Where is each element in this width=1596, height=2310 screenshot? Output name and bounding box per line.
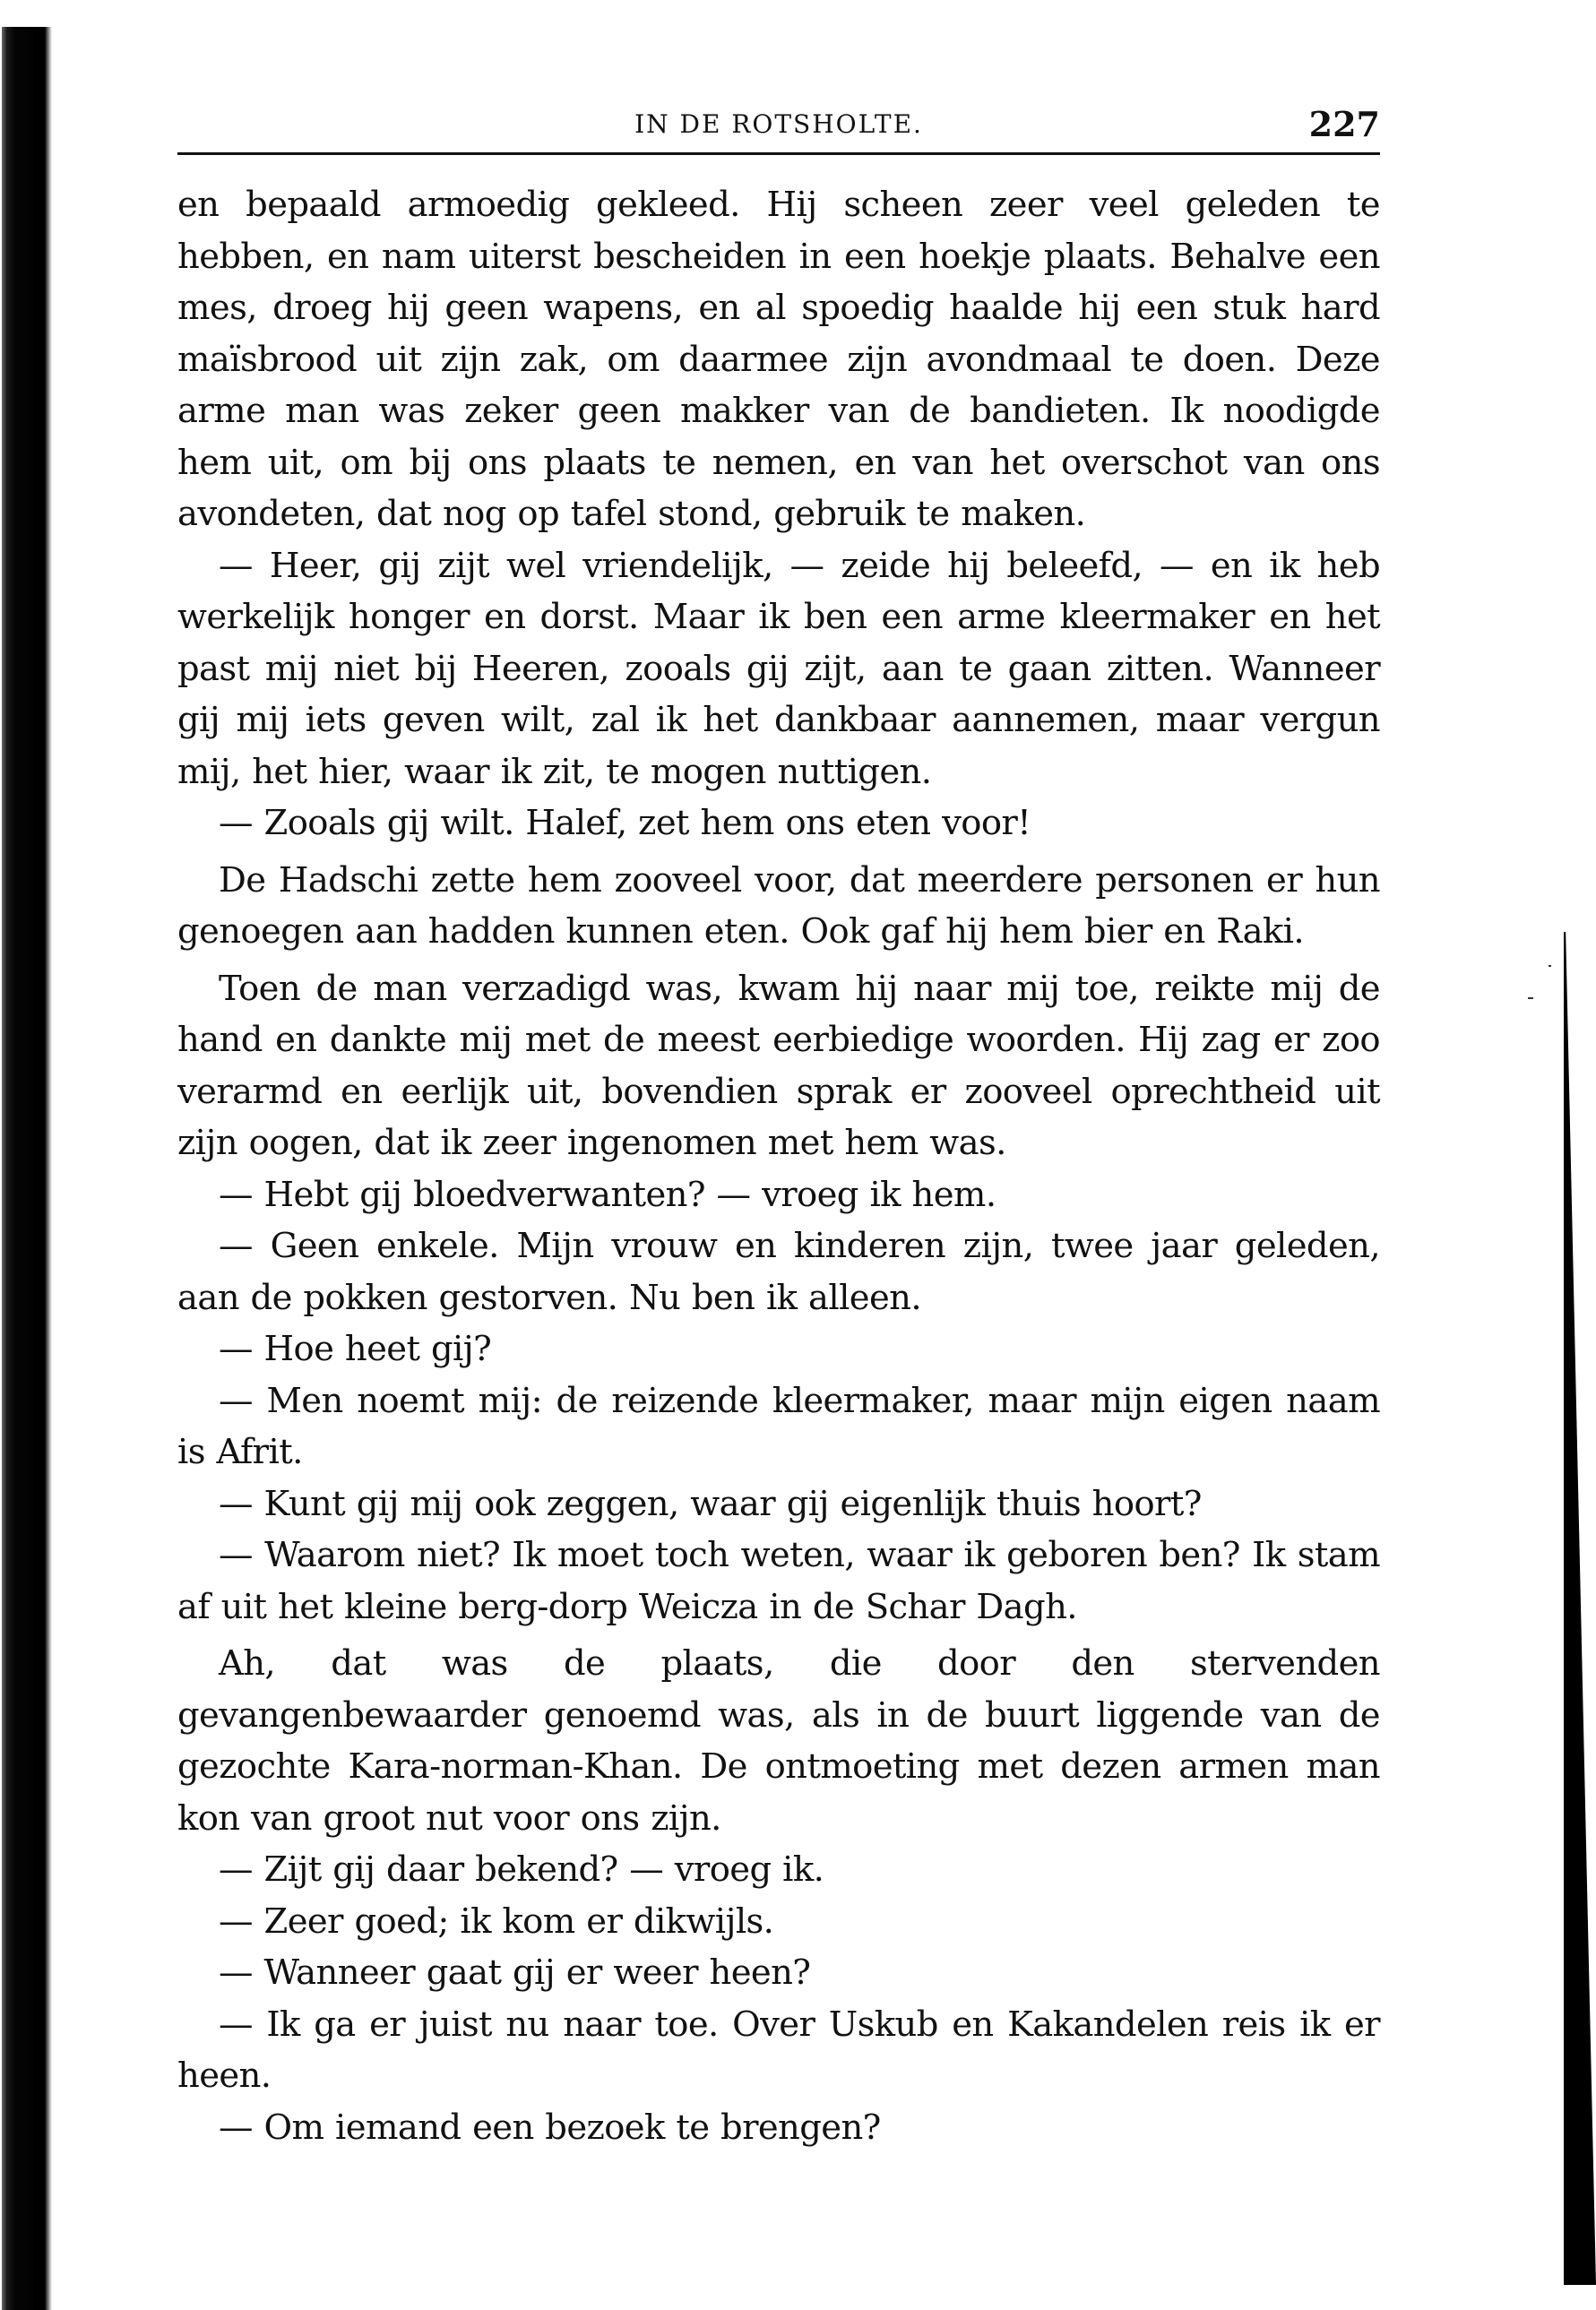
scan-speck [1549,965,1551,967]
paragraph: — Men noemt mij: de reizende kleermaker,… [177,1375,1380,1478]
paragraph: — Om iemand een bezoek te brengen? [177,2102,1380,2154]
page-header: IN DE ROTSHOLTE. 227 [177,99,1380,152]
header-rule [177,152,1380,155]
running-title: IN DE ROTSHOLTE. [177,109,1380,139]
paragraph: De Hadschi zette hem zooveel voor, dat m… [177,855,1380,958]
paragraph: — Heer, gij zijt wel vriendelijk, — zeid… [177,540,1380,798]
paragraph: — Kunt gij mij ook zeggen, waar gij eige… [177,1478,1380,1530]
paragraph: — Waarom niet? Ik moet toch weten, waar … [177,1530,1380,1633]
scan-speck [1528,997,1533,999]
paragraph: — Zijt gij daar bekend? — vroeg ik. [177,1844,1380,1896]
book-spine-shadow [2,27,45,2310]
page-edge-shadow [1564,932,1596,2285]
paragraph: — Hebt gij bloedverwanten? — vroeg ik he… [177,1169,1380,1221]
paragraph: — Zeer goed; ik kom er dikwijls. [177,1896,1380,1948]
paragraph: Toen de man verzadigd was, kwam hij naar… [177,963,1380,1169]
paragraph: en bepaald armoedig gekleed. Hij scheen … [177,179,1380,540]
paragraph: — Wanneer gaat gij er weer heen? [177,1947,1380,1999]
paragraph: — Hoe heet gij? [177,1323,1380,1375]
page-number: 227 [1309,104,1380,144]
spine-highlight [57,1434,62,1971]
paragraph: — Ik ga er juist nu naar toe. Over Uskub… [177,1999,1380,2102]
paragraph: Ah, dat was de plaats, die door den ster… [177,1638,1380,1844]
paragraph: — Zooals gij wilt. Halef, zet hem ons et… [177,797,1380,849]
body-text: en bepaald armoedig gekleed. Hij scheen … [177,179,1380,2153]
paragraph: — Geen enkele. Mijn vrouw en kinderen zi… [177,1220,1380,1323]
